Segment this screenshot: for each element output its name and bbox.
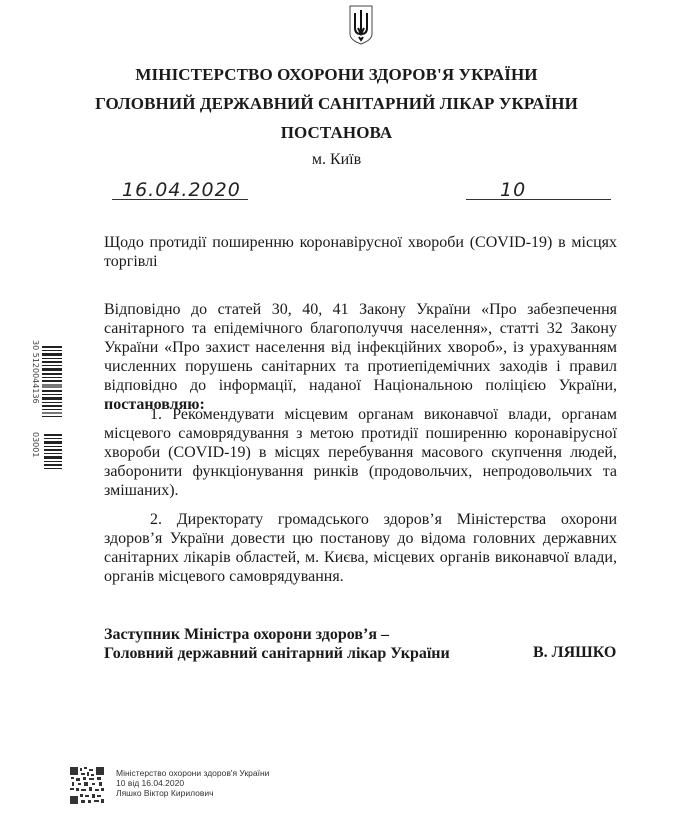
qr-code-icon <box>70 767 104 804</box>
preamble-text: Відповідно до статей 30, 40, 41 Закону У… <box>104 301 617 394</box>
ministry-title: МІНІСТЕРСТВО ОХОРОНИ ЗДОРОВ'Я УКРАЇНИ <box>0 65 673 85</box>
document-type: ПОСТАНОВА <box>0 123 673 143</box>
document-date: 16.04.2020 <box>122 179 241 201</box>
trident-emblem-icon <box>348 4 374 46</box>
office-title: ГОЛОВНИЙ ДЕРЖАВНИЙ САНІТАРНИЙ ЛІКАР УКРА… <box>0 94 673 114</box>
decree-item-1: 1. Рекомендувати місцевим органам викона… <box>104 405 617 500</box>
preamble-paragraph: Відповідно до статей 30, 40, 41 Закону У… <box>104 300 617 414</box>
signatory-name: В. ЛЯШКО <box>533 644 616 662</box>
city: м. Київ <box>0 151 673 169</box>
barcode-suffix: 03001 <box>31 432 40 457</box>
date-underline <box>112 199 248 200</box>
stamp-signer: Ляшко Віктор Кирилович <box>116 788 269 798</box>
signatory-title-line-2: Головний державний санітарний лікар Укра… <box>104 644 450 663</box>
number-underline <box>466 199 611 200</box>
document-subject: Щодо протидії поширенню коронавірусної х… <box>104 233 617 271</box>
signatory-title-line-1: Заступник Міністра охорони здоров’я – <box>104 625 450 644</box>
barcode-number: 30 5120044136 <box>31 340 40 404</box>
stamp-organization: Міністерство охорони здоров'я України <box>116 768 269 778</box>
stamp-document-ref: 10 від 16.04.2020 <box>116 778 269 788</box>
digital-signature-stamp: Міністерство охорони здоров'я України 10… <box>116 768 269 798</box>
document-number: 10 <box>500 179 526 201</box>
barcode-icon: 30 5120044136 03001 <box>32 338 62 474</box>
decree-item-2: 2. Директорату громадського здоров’я Мін… <box>104 510 617 586</box>
signatory-title: Заступник Міністра охорони здоров’я – Го… <box>104 625 450 663</box>
